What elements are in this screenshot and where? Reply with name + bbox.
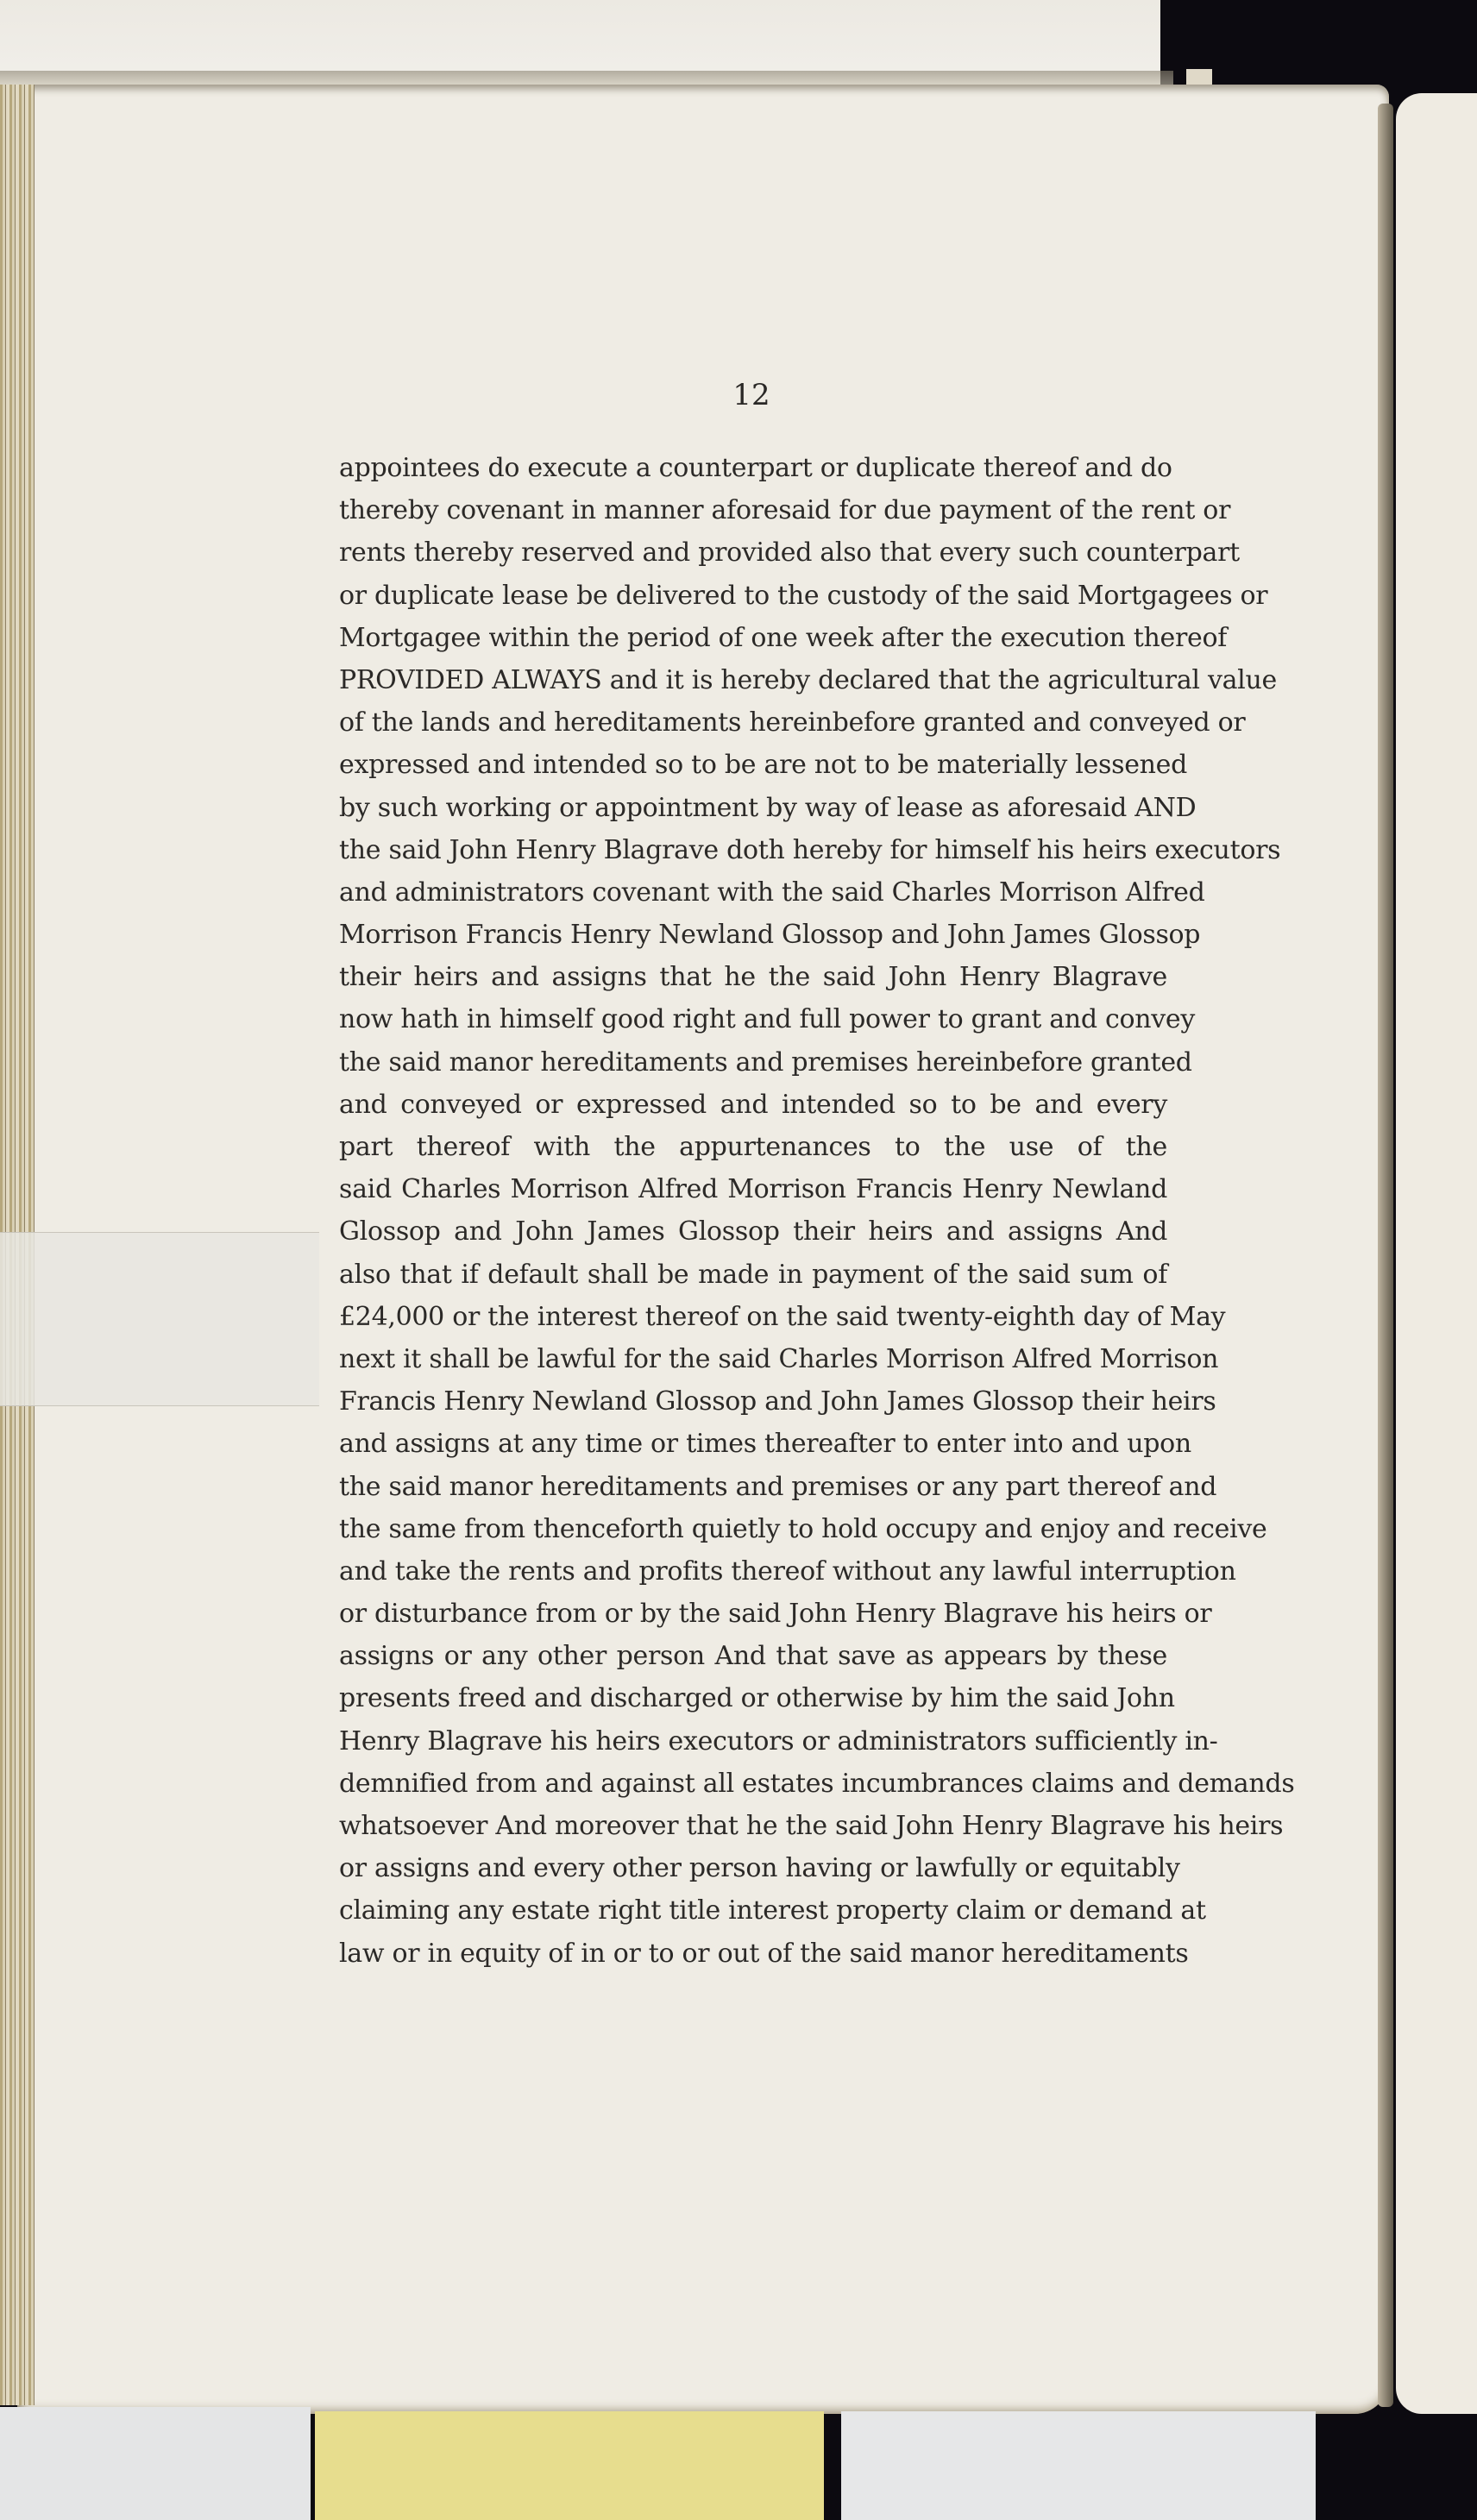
- text-line: demnified from and against all estates i…: [339, 1763, 1167, 1805]
- text-line: whatsoever And moreover that he the said…: [339, 1805, 1167, 1847]
- text-line: said Charles Morrison Alfred Morrison Fr…: [339, 1168, 1167, 1210]
- text-line: rents thereby reserved and provided also…: [339, 531, 1167, 574]
- body-text: appointees do execute a counterpart or d…: [339, 447, 1167, 1975]
- text-line: £24,000 or the interest thereof on the s…: [339, 1296, 1167, 1338]
- yellow-slip: [315, 2411, 824, 2520]
- repair-tape: [0, 1232, 319, 1406]
- text-line: or disturbance from or by the said John …: [339, 1593, 1167, 1635]
- text-line: thereby covenant in manner aforesaid for…: [339, 489, 1167, 531]
- text-line: the same from thenceforth quietly to hol…: [339, 1508, 1167, 1550]
- text-line: the said John Henry Blagrave doth hereby…: [339, 829, 1167, 871]
- text-line: PROVIDED ALWAYS and it is hereby declare…: [339, 659, 1167, 701]
- text-line: also that if default shall be made in pa…: [339, 1254, 1167, 1296]
- text-line: appointees do execute a counterpart or d…: [339, 447, 1167, 489]
- text-line: and assigns at any time or times thereaf…: [339, 1423, 1167, 1465]
- binding-gutter: [1378, 104, 1393, 2407]
- backing-sheet-left: [0, 2407, 311, 2520]
- backing-sheet-right: [841, 2411, 1316, 2520]
- text-line: of the lands and hereditaments hereinbef…: [339, 701, 1167, 744]
- text-line: the said manor hereditaments and premise…: [339, 1466, 1167, 1508]
- text-line: expressed and intended so to be are not …: [339, 744, 1167, 786]
- text-line: next it shall be lawful for the said Cha…: [339, 1338, 1167, 1380]
- text-line: now hath in himself good right and full …: [339, 998, 1167, 1040]
- text-line: and administrators covenant with the sai…: [339, 871, 1167, 914]
- text-line: and take the rents and profits thereof w…: [339, 1550, 1167, 1593]
- text-line: their heirs and assigns that he the said…: [339, 956, 1167, 998]
- text-line: the said manor hereditaments and premise…: [339, 1041, 1167, 1084]
- text-line: and conveyed or expressed and intended s…: [339, 1084, 1167, 1126]
- text-line: claiming any estate right title interest…: [339, 1889, 1167, 1932]
- text-line: by such working or appointment by way of…: [339, 787, 1167, 829]
- page-number: 12: [0, 378, 1477, 412]
- text-line: Glossop and John James Glossop their hei…: [339, 1210, 1167, 1253]
- text-line: part thereof with the appurtenances to t…: [339, 1126, 1167, 1168]
- text-line: law or in equity of in or to or out of t…: [339, 1932, 1167, 1975]
- text-line: or assigns and every other person having…: [339, 1847, 1167, 1889]
- text-line: or duplicate lease be delivered to the c…: [339, 575, 1167, 617]
- facing-page: [1396, 93, 1477, 2414]
- text-line: assigns or any other person And that sav…: [339, 1635, 1167, 1677]
- text-line: Morrison Francis Henry Newland Glossop a…: [339, 914, 1167, 956]
- text-line: Mortgagee within the period of one week …: [339, 617, 1167, 659]
- text-line: presents freed and discharged or otherwi…: [339, 1677, 1167, 1719]
- text-line: Francis Henry Newland Glossop and John J…: [339, 1380, 1167, 1423]
- text-line: Henry Blagrave his heirs executors or ad…: [339, 1720, 1167, 1763]
